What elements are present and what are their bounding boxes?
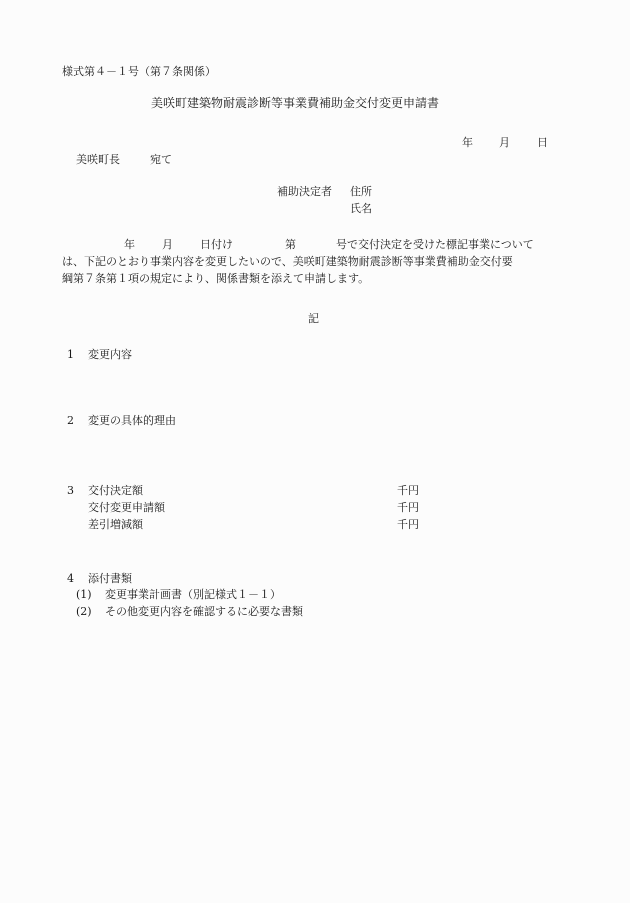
grant-decision-amount-label: 交付決定額 — [88, 484, 143, 498]
attachment-1-number: (1) — [76, 588, 92, 602]
section-4-label: 添付書類 — [88, 572, 132, 586]
change-request-amount-unit: 千円 — [397, 501, 419, 515]
addressee-name: 美咲町長 — [76, 153, 120, 167]
body-day: 日付け — [200, 238, 233, 251]
attachment-2-label: その他変更内容を確認するに必要な書類 — [105, 605, 303, 619]
section-2-label: 変更の具体的理由 — [88, 414, 176, 428]
paragraph-line-2: は、下記のとおり事業内容を変更したいので、美咲町建築物耐震診断等事業費補助金交付… — [62, 253, 582, 270]
applicant-address-label: 住所 — [350, 185, 372, 199]
body-rest: 号で交付決定を受けた標記事業について — [336, 238, 534, 251]
body-month: 月 — [162, 238, 173, 251]
difference-amount-label: 差引増減額 — [88, 518, 143, 532]
section-1-number: 1 — [67, 348, 74, 362]
change-request-amount-label: 交付変更申請額 — [88, 501, 165, 515]
body-dai: 第 — [285, 238, 296, 251]
document-title: 美咲町建築物耐震診断等事業費補助金交付変更申請書 — [151, 96, 439, 110]
applicant-name-label: 氏名 — [350, 202, 372, 216]
ki-heading: 記 — [308, 312, 319, 326]
section-3-number: 3 — [67, 484, 74, 498]
body-year: 年 — [124, 238, 135, 251]
date-year: 年 — [462, 136, 473, 150]
applicant-label: 補助決定者 — [277, 185, 332, 199]
paragraph-line-1: 年月日付け第号で交付決定を受けた標記事業について — [62, 236, 582, 253]
attachment-1-label: 変更事業計画書（別記様式１－１） — [105, 588, 281, 602]
application-paragraph: 年月日付け第号で交付決定を受けた標記事業について は、下記のとおり事業内容を変更… — [62, 236, 582, 287]
date-day: 日 — [537, 136, 548, 150]
section-2-number: 2 — [67, 414, 74, 428]
section-1-label: 変更内容 — [88, 348, 132, 362]
paragraph-line-3: 綱第７条第１項の規定により、関係書類を添えて申請します。 — [62, 270, 582, 287]
addressee-suffix: 宛て — [150, 153, 172, 167]
difference-amount-unit: 千円 — [397, 518, 419, 532]
grant-decision-amount-unit: 千円 — [397, 484, 419, 498]
attachment-2-number: (2) — [76, 605, 92, 619]
date-month: 月 — [499, 136, 510, 150]
section-4-number: 4 — [67, 572, 74, 586]
form-number: 様式第４－１号（第７条関係） — [62, 65, 216, 79]
